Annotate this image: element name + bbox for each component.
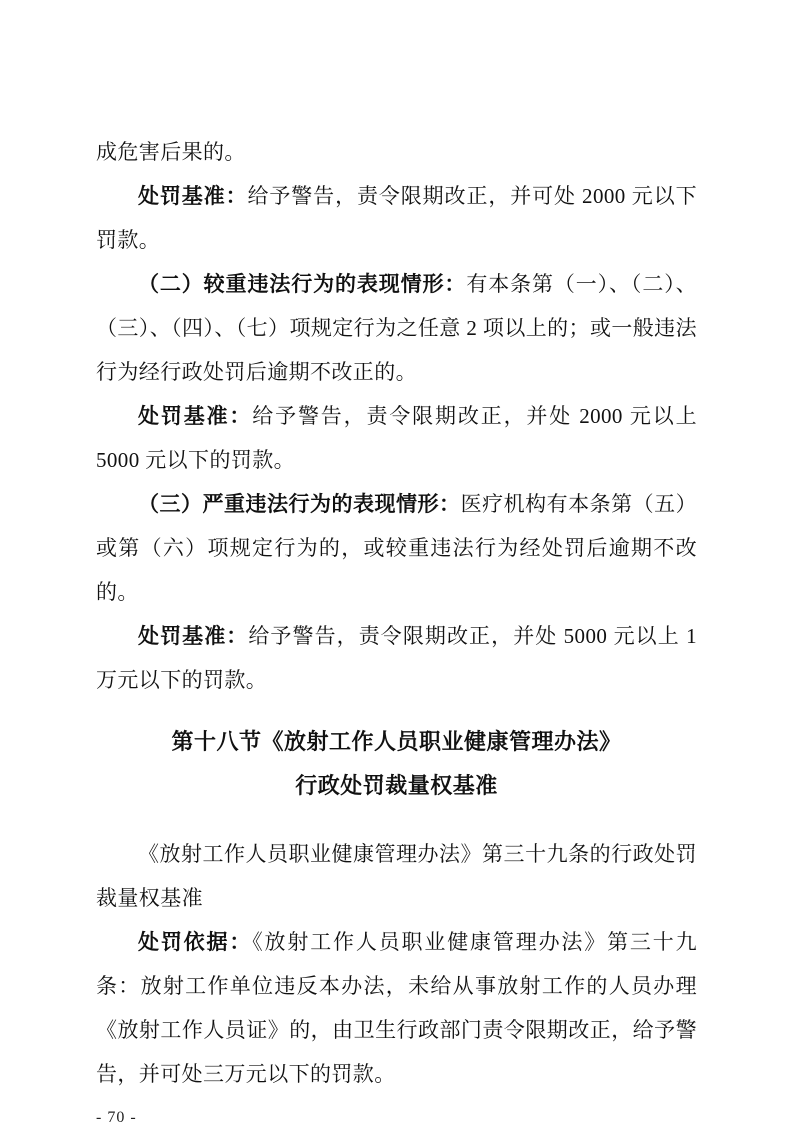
page-number: - 70 -	[96, 1108, 697, 1122]
body-text: 《放射工作人员职业健康管理办法》第三十九条的行政处罚裁量权基准	[96, 842, 697, 910]
penalty-basis-label: 处罚基准：	[138, 404, 252, 428]
paragraph-penalty-basis-serious: 处罚基准：给予警告，责令限期改正，并处 2000 元以上 5000 元以下的罚款…	[96, 394, 697, 482]
section-heading: 第十八节《放射工作人员职业健康管理办法》 行政处罚裁量权基准	[96, 720, 697, 808]
paragraph-article-39-intro: 《放射工作人员职业健康管理办法》第三十九条的行政处罚裁量权基准	[96, 832, 697, 920]
paragraph-penalty-basis-general: 处罚基准：给予警告，责令限期改正，并可处 2000 元以下罚款。	[96, 174, 697, 262]
violation-type-label: （三）严重违法行为的表现情形：	[138, 492, 461, 516]
penalty-legal-basis-label: 处罚依据：	[138, 930, 252, 954]
paragraph-penalty-basis-severe: 处罚基准：给予警告，责令限期改正，并处 5000 元以上 1 万元以下的罚款。	[96, 614, 697, 702]
document-page: 成危害后果的。 处罚基准：给予警告，责令限期改正，并可处 2000 元以下罚款。…	[0, 0, 793, 1122]
section-heading-line-1: 第十八节《放射工作人员职业健康管理办法》	[96, 720, 697, 764]
paragraph-severe-violation-3: （三）严重违法行为的表现情形：医疗机构有本条第（五）或第（六）项规定行为的，或较…	[96, 482, 697, 614]
violation-type-label: （二）较重违法行为的表现情形：	[138, 272, 466, 296]
penalty-basis-label: 处罚基准：	[138, 184, 247, 208]
section-heading-line-2: 行政处罚裁量权基准	[96, 764, 697, 808]
paragraph-penalty-legal-basis: 处罚依据：《放射工作人员职业健康管理办法》第三十九条：放射工作单位违反本办法，未…	[96, 920, 697, 1096]
paragraph-continuation: 成危害后果的。	[96, 130, 697, 174]
paragraph-serious-violation-2: （二）较重违法行为的表现情形：有本条第（一）、（二）、（三）、（四）、（七）项规…	[96, 262, 697, 394]
body-text: 成危害后果的。	[96, 140, 246, 164]
penalty-basis-label: 处罚基准：	[138, 624, 248, 648]
